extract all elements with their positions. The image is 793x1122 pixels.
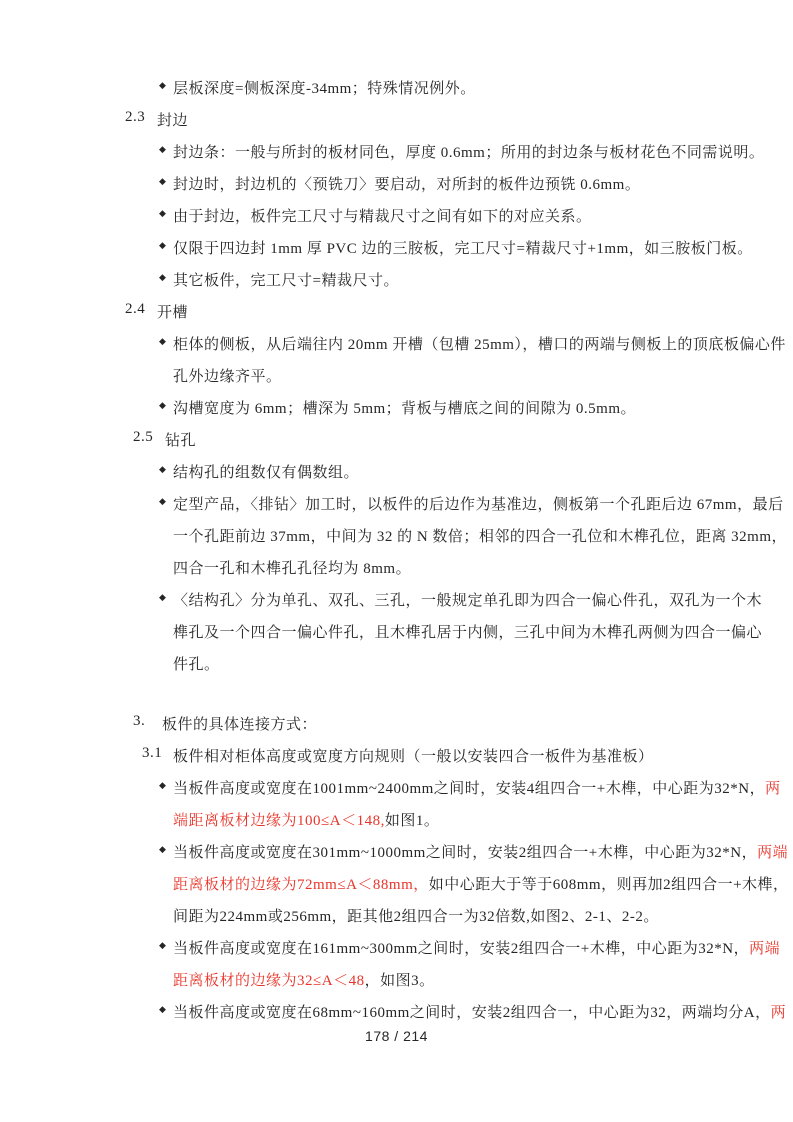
line-text: 当板件高度或宽度在301mm~1000mm之间时，安装2组四合一+木榫，中心距为…: [173, 841, 788, 862]
text-segment: 由于封边，板件完工尺寸与精裁尺寸之间有如下的对应关系。: [173, 209, 592, 225]
bullet-item: ◆封边时，封边机的〈预铣刀〉要启动，对所封的板件边预铣 0.6mm。: [0, 173, 793, 193]
highlighted-text: 距离板材的边缘为72mm≤A＜88mm，: [173, 877, 429, 893]
line-text: 柜体的侧板，从后端往内 20mm 开槽（包槽 25mm），槽口的两端与侧板上的顶…: [173, 333, 786, 354]
line-text: 〈结构孔〉分为单孔、双孔、三孔，一般规定单孔即为四合一偏心件孔，双孔为一个木: [173, 589, 762, 610]
text-segment: 定型产品，〈排钻〉加工时，以板件的后边作为基准边，侧板第一个孔距后边 67mm，…: [173, 497, 784, 513]
bullet-item: ◆沟槽宽度为 6mm；槽深为 5mm；背板与槽底之间的间隙为 0.5mm。: [0, 397, 793, 417]
bullet-icon: ◆: [159, 465, 166, 475]
line-text: 件孔。: [173, 653, 220, 674]
line-text: 当板件高度或宽度在161mm~300mm之间时，安装2组四合一+木榫，中心距为3…: [173, 937, 780, 958]
text-segment: 如图1。: [385, 813, 440, 829]
bullet-item: ◆结构孔的组数仅有偶数组。: [0, 461, 793, 481]
highlighted-text: 端距离板材边缘为100≤A＜148,: [173, 813, 385, 829]
line-text: 榫孔及一个四合一偏心件孔，且木榫孔居于内侧，三孔中间为木榫孔两侧为四合一偏心: [173, 621, 762, 642]
text-segment: ，如图3。: [365, 973, 435, 989]
bullet-item: ◆封边条：一般与所封的板材同色，厚度 0.6mm；所用的封边条与板材花色不同需说…: [0, 141, 793, 161]
section-heading-3.1: 3.1板件相对柜体高度或宽度方向规则（一般以安装四合一板件为基准板）: [0, 745, 793, 765]
line-text: 距离板材的边缘为72mm≤A＜88mm，如中心距大于等于608mm，则再加2组四…: [173, 873, 789, 894]
text-segment: 其它板件，完工尺寸=精裁尺寸。: [173, 273, 399, 289]
continuation-line: 距离板材的边缘为32≤A＜48，如图3。: [0, 969, 793, 989]
highlighted-text: 两: [771, 1005, 787, 1021]
highlighted-text: 两: [765, 781, 781, 797]
bullet-icon: ◆: [159, 497, 166, 507]
section-heading-2.5: 2.5钻孔: [0, 429, 793, 449]
text-segment: 当板件高度或宽度在1001mm~2400mm之间时，安装4组四合一+木榫，中心距…: [173, 781, 765, 797]
text-segment: 结构孔的组数仅有偶数组。: [173, 465, 359, 481]
line-text: 四合一孔和木榫孔孔径均为 8mm。: [173, 557, 411, 578]
bullet-item: ◆由于封边，板件完工尺寸与精裁尺寸之间有如下的对应关系。: [0, 205, 793, 225]
bullet-item: ◆当板件高度或宽度在301mm~1000mm之间时，安装2组四合一+木榫，中心距…: [0, 841, 793, 861]
bullet-icon: ◆: [159, 81, 166, 91]
highlighted-text: 两端: [757, 845, 788, 861]
bullet-icon: ◆: [159, 593, 166, 603]
line-text: 孔外边缘齐平。: [173, 365, 282, 386]
continuation-line: 四合一孔和木榫孔孔径均为 8mm。: [0, 557, 793, 577]
bullet-icon: ◆: [159, 145, 166, 155]
text-segment: 四合一孔和木榫孔孔径均为 8mm。: [173, 561, 411, 577]
text-segment: 柜体的侧板，从后端往内 20mm 开槽（包槽 25mm），槽口的两端与侧板上的顶…: [173, 337, 786, 353]
section-heading-3: 3.板件的具体连接方式：: [0, 713, 793, 733]
text-segment: 如中心距大于等于608mm，则再加2组四合一+木榫，: [429, 877, 789, 893]
section-number: 2.3: [125, 109, 145, 126]
continuation-line: 端距离板材边缘为100≤A＜148,如图1。: [0, 809, 793, 829]
line-text: 沟槽宽度为 6mm；槽深为 5mm；背板与槽底之间的间隙为 0.5mm。: [173, 397, 636, 418]
section-heading-2.3: 2.3封边: [0, 109, 793, 129]
bullet-item: ◆定型产品，〈排钻〉加工时，以板件的后边作为基准边，侧板第一个孔距后边 67mm…: [0, 493, 793, 513]
section-number: 3.1: [142, 745, 162, 762]
text-segment: 层板深度=侧板深度-34mm；特殊情况例外。: [173, 81, 476, 97]
bullet-icon: ◆: [159, 401, 166, 411]
document-page: 178 / 214 ◆层板深度=侧板深度-34mm；特殊情况例外。2.3封边◆封…: [0, 0, 793, 1122]
text-segment: 当板件高度或宽度在301mm~1000mm之间时，安装2组四合一+木榫，中心距为…: [173, 845, 757, 861]
line-text: 定型产品，〈排钻〉加工时，以板件的后边作为基准边，侧板第一个孔距后边 67mm，…: [173, 493, 784, 514]
continuation-line: 榫孔及一个四合一偏心件孔，且木榫孔居于内侧，三孔中间为木榫孔两侧为四合一偏心: [0, 621, 793, 641]
bullet-item: ◆当板件高度或宽度在68mm~160mm之间时，安装2组四合一，中心距为32，两…: [0, 1001, 793, 1021]
line-text: 仅限于四边封 1mm 厚 PVC 边的三胺板，完工尺寸=精裁尺寸+1mm，如三胺…: [173, 237, 753, 258]
text-segment: 当板件高度或宽度在68mm~160mm之间时，安装2组四合一，中心距为32，两端…: [173, 1005, 771, 1021]
line-text: 层板深度=侧板深度-34mm；特殊情况例外。: [173, 77, 476, 98]
bullet-icon: ◆: [159, 273, 166, 283]
continuation-line: 距离板材的边缘为72mm≤A＜88mm，如中心距大于等于608mm，则再加2组四…: [0, 873, 793, 893]
section-title: 封边: [157, 109, 188, 130]
text-segment: 封边时，封边机的〈预铣刀〉要启动，对所封的板件边预铣 0.6mm。: [173, 177, 640, 193]
bullet-icon: ◆: [159, 941, 166, 951]
line-text: 间距为224mm或256mm，距其他2组四合一为32倍数,如图2、2-1、2-2…: [173, 905, 659, 926]
bullet-icon: ◆: [159, 177, 166, 187]
text-segment: 孔外边缘齐平。: [173, 369, 282, 385]
bullet-icon: ◆: [159, 337, 166, 347]
text-segment: 当板件高度或宽度在161mm~300mm之间时，安装2组四合一+木榫，中心距为3…: [173, 941, 749, 957]
bullet-icon: ◆: [159, 845, 166, 855]
text-segment: 封边条：一般与所封的板材同色，厚度 0.6mm；所用的封边条与板材花色不同需说明…: [173, 145, 764, 161]
text-segment: 一个孔距前边 37mm，中间为 32 的 N 数倍；相邻的四合一孔位和木榫孔位，…: [173, 529, 787, 545]
bullet-item: ◆当板件高度或宽度在1001mm~2400mm之间时，安装4组四合一+木榫，中心…: [0, 777, 793, 797]
bullet-icon: ◆: [159, 1005, 166, 1015]
line-text: 端距离板材边缘为100≤A＜148,如图1。: [173, 809, 439, 830]
text-segment: 间距为224mm或256mm，距其他2组四合一为32倍数,如图2、2-1、2-2…: [173, 909, 659, 925]
bullet-item: ◆其它板件，完工尺寸=精裁尺寸。: [0, 269, 793, 289]
section-title: 开槽: [157, 301, 188, 322]
section-title: 板件的具体连接方式：: [162, 713, 317, 734]
bullet-item: ◆当板件高度或宽度在161mm~300mm之间时，安装2组四合一+木榫，中心距为…: [0, 937, 793, 957]
continuation-line: 一个孔距前边 37mm，中间为 32 的 N 数倍；相邻的四合一孔位和木榫孔位，…: [0, 525, 793, 545]
line-text: 距离板材的边缘为32≤A＜48，如图3。: [173, 969, 435, 990]
section-number: 2.5: [133, 429, 153, 446]
text-segment: 沟槽宽度为 6mm；槽深为 5mm；背板与槽底之间的间隙为 0.5mm。: [173, 401, 636, 417]
section-heading-2.4: 2.4开槽: [0, 301, 793, 321]
bullet-item: ◆仅限于四边封 1mm 厚 PVC 边的三胺板，完工尺寸=精裁尺寸+1mm，如三…: [0, 237, 793, 257]
line-text: 当板件高度或宽度在1001mm~2400mm之间时，安装4组四合一+木榫，中心距…: [173, 777, 781, 798]
text-segment: 榫孔及一个四合一偏心件孔，且木榫孔居于内侧，三孔中间为木榫孔两侧为四合一偏心: [173, 625, 762, 641]
continuation-line: 孔外边缘齐平。: [0, 365, 793, 385]
bullet-icon: ◆: [159, 781, 166, 791]
line-text: 封边时，封边机的〈预铣刀〉要启动，对所封的板件边预铣 0.6mm。: [173, 173, 640, 194]
text-segment: 件孔。: [173, 657, 220, 673]
text-segment: 仅限于四边封 1mm 厚 PVC 边的三胺板，完工尺寸=精裁尺寸+1mm，如三胺…: [173, 241, 753, 257]
bullet-icon: ◆: [159, 209, 166, 219]
bullet-item: ◆〈结构孔〉分为单孔、双孔、三孔，一般规定单孔即为四合一偏心件孔，双孔为一个木: [0, 589, 793, 609]
line-text: 当板件高度或宽度在68mm~160mm之间时，安装2组四合一，中心距为32，两端…: [173, 1001, 786, 1022]
bullet-icon: ◆: [159, 241, 166, 251]
line-text: 结构孔的组数仅有偶数组。: [173, 461, 359, 482]
bullet-item: ◆柜体的侧板，从后端往内 20mm 开槽（包槽 25mm），槽口的两端与侧板上的…: [0, 333, 793, 353]
bullet-item: ◆层板深度=侧板深度-34mm；特殊情况例外。: [0, 77, 793, 97]
continuation-line: 间距为224mm或256mm，距其他2组四合一为32倍数,如图2、2-1、2-2…: [0, 905, 793, 925]
line-text: 一个孔距前边 37mm，中间为 32 的 N 数倍；相邻的四合一孔位和木榫孔位，…: [173, 525, 787, 546]
line-text: 其它板件，完工尺寸=精裁尺寸。: [173, 269, 399, 290]
section-title: 板件相对柜体高度或宽度方向规则（一般以安装四合一板件为基准板）: [173, 745, 654, 766]
highlighted-text: 两端: [749, 941, 780, 957]
text-segment: 〈结构孔〉分为单孔、双孔、三孔，一般规定单孔即为四合一偏心件孔，双孔为一个木: [173, 593, 762, 609]
highlighted-text: 距离板材的边缘为32≤A＜48: [173, 973, 365, 989]
section-number: 2.4: [125, 301, 145, 318]
section-number: 3.: [133, 713, 145, 730]
continuation-line: 件孔。: [0, 653, 793, 673]
line-text: 由于封边，板件完工尺寸与精裁尺寸之间有如下的对应关系。: [173, 205, 592, 226]
line-text: 封边条：一般与所封的板材同色，厚度 0.6mm；所用的封边条与板材花色不同需说明…: [173, 141, 764, 162]
section-title: 钻孔: [165, 429, 196, 450]
page-number: 178 / 214: [0, 1028, 793, 1044]
